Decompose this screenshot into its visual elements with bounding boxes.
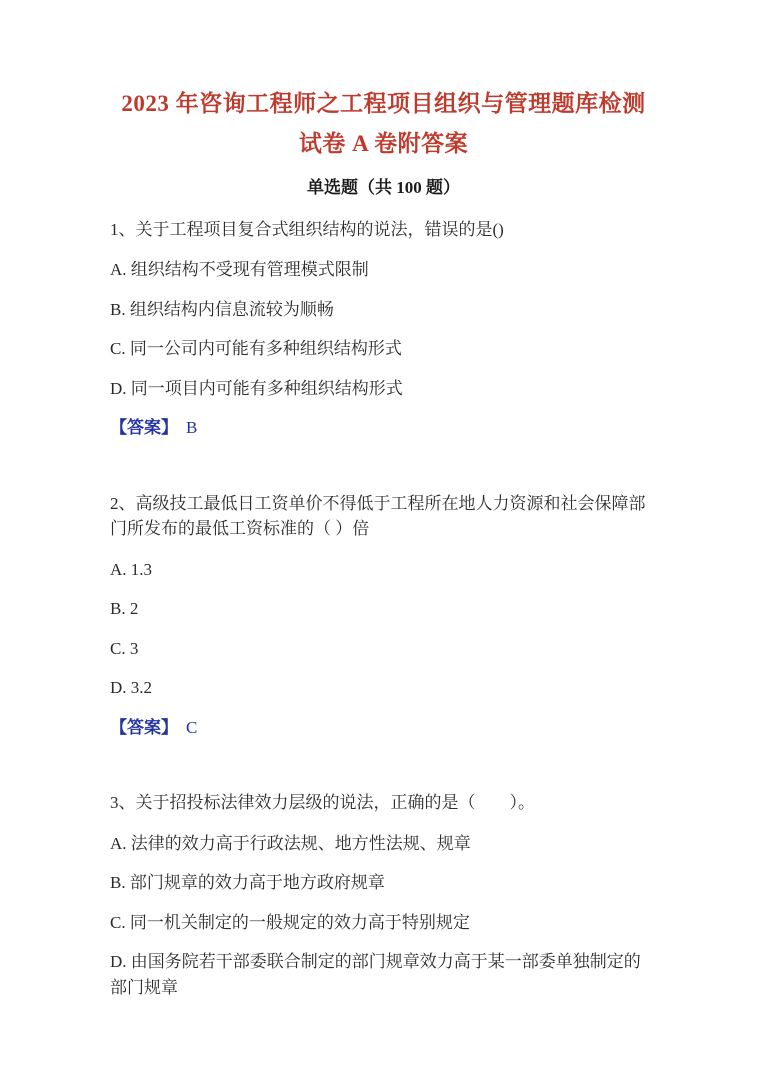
answer-label: 【答案】 bbox=[110, 418, 178, 437]
question-2-option-a: A. 1.3 bbox=[110, 557, 657, 583]
question-3-option-a: A. 法律的效力高于行政法规、地方性法规、规章 bbox=[110, 831, 657, 857]
question-3: 3、关于招投标法律效力层级的说法，正确的是（ ）。 A. 法律的效力高于行政法规… bbox=[110, 790, 657, 1000]
question-2-option-b: B. 2 bbox=[110, 596, 657, 622]
question-2: 2、高级技工最低日工资单价不得低于工程所在地人力资源和社会保障部门所发布的最低工… bbox=[110, 491, 657, 741]
question-3-option-d: D. 由国务院若干部委联合制定的部门规章效力高于某一部委单独制定的部门规章 bbox=[110, 949, 657, 1000]
question-2-answer-line: 【答案】C bbox=[110, 715, 657, 741]
section-header: 单选题（共 100 题） bbox=[110, 175, 657, 201]
question-1-option-c: C. 同一公司内可能有多种组织结构形式 bbox=[110, 336, 657, 362]
document-title: 2023 年咨询工程师之工程项目组织与管理题库检测试卷 A 卷附答案 bbox=[110, 84, 657, 163]
question-1-option-b: B. 组织结构内信息流较为顺畅 bbox=[110, 297, 657, 323]
question-2-answer-value: C bbox=[186, 718, 197, 737]
question-1-answer-value: B bbox=[186, 418, 197, 437]
question-3-option-c: C. 同一机关制定的一般规定的效力高于特别规定 bbox=[110, 910, 657, 936]
exam-document-page: 2023 年咨询工程师之工程项目组织与管理题库检测试卷 A 卷附答案 单选题（共… bbox=[0, 0, 763, 1080]
question-2-option-c: C. 3 bbox=[110, 636, 657, 662]
question-1-stem: 1、关于工程项目复合式组织结构的说法，错误的是() bbox=[110, 217, 657, 243]
question-1-answer-line: 【答案】B bbox=[110, 415, 657, 441]
question-2-option-d: D. 3.2 bbox=[110, 675, 657, 701]
question-1-option-d: D. 同一项目内可能有多种组织结构形式 bbox=[110, 376, 657, 402]
question-2-stem: 2、高级技工最低日工资单价不得低于工程所在地人力资源和社会保障部门所发布的最低工… bbox=[110, 491, 657, 542]
question-1: 1、关于工程项目复合式组织结构的说法，错误的是() A. 组织结构不受现有管理模… bbox=[110, 217, 657, 441]
question-3-option-b: B. 部门规章的效力高于地方政府规章 bbox=[110, 870, 657, 896]
question-1-option-a: A. 组织结构不受现有管理模式限制 bbox=[110, 257, 657, 283]
answer-label: 【答案】 bbox=[110, 718, 178, 737]
question-3-stem: 3、关于招投标法律效力层级的说法，正确的是（ ）。 bbox=[110, 790, 657, 816]
